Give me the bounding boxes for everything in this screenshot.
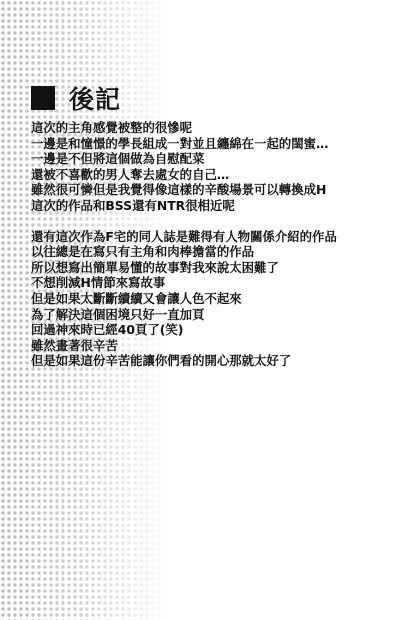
paragraph-2: 還有這次作為F宅的同人誌是難得有人物關係介紹的作品 以往總是在寫只有主角和肉棒擔… [31, 229, 381, 369]
afterword-page: 後記 這次的主角感覺被整的很慘呢 一邊是和憧憬的學長組成一對並且纏綿在一起的閨蜜… [31, 80, 381, 369]
text-line: 為了解決這個困境只好一直加頁 [31, 307, 381, 323]
text-line: 一邊是不但將這個做為自慰配菜 [31, 151, 381, 167]
text-line: 回過神來時已經40頁了(笑) [31, 322, 381, 338]
page-title: 後記 [69, 80, 121, 116]
text-line: 以往總是在寫只有主角和肉棒擔當的作品 [31, 244, 381, 260]
text-line: 這次的作品和BSS還有NTR很相近呢 [31, 198, 381, 214]
text-line: 但是如果這份辛苦能讓你們看的開心那就太好了 [31, 353, 381, 369]
text-line: 不想削減H情節來寫故事 [31, 275, 381, 291]
text-line: 這次的主角感覺被整的很慘呢 [31, 120, 381, 136]
text-line: 還有這次作為F宅的同人誌是難得有人物關係介紹的作品 [31, 229, 381, 245]
text-line: 還被不喜歡的男人奪去處女的自己… [31, 167, 381, 183]
paragraph-1: 這次的主角感覺被整的很慘呢 一邊是和憧憬的學長組成一對並且纏綿在一起的閨蜜… 一… [31, 120, 381, 214]
black-square-icon [31, 86, 55, 110]
text-line: 雖然畫著很辛苦 [31, 338, 381, 354]
text-line: 所以想寫出簡單易懂的故事對我來說太困難了 [31, 260, 381, 276]
text-line: 雖然很可憐但是我覺得像這樣的辛酸場景可以轉換成H [31, 182, 381, 198]
section-heading: 後記 [31, 80, 381, 116]
text-line: 一邊是和憧憬的學長組成一對並且纏綿在一起的閨蜜… [31, 136, 381, 152]
paragraph-spacer [31, 214, 381, 229]
text-line: 但是如果太斷斷續續又會讓人色不起來 [31, 291, 381, 307]
